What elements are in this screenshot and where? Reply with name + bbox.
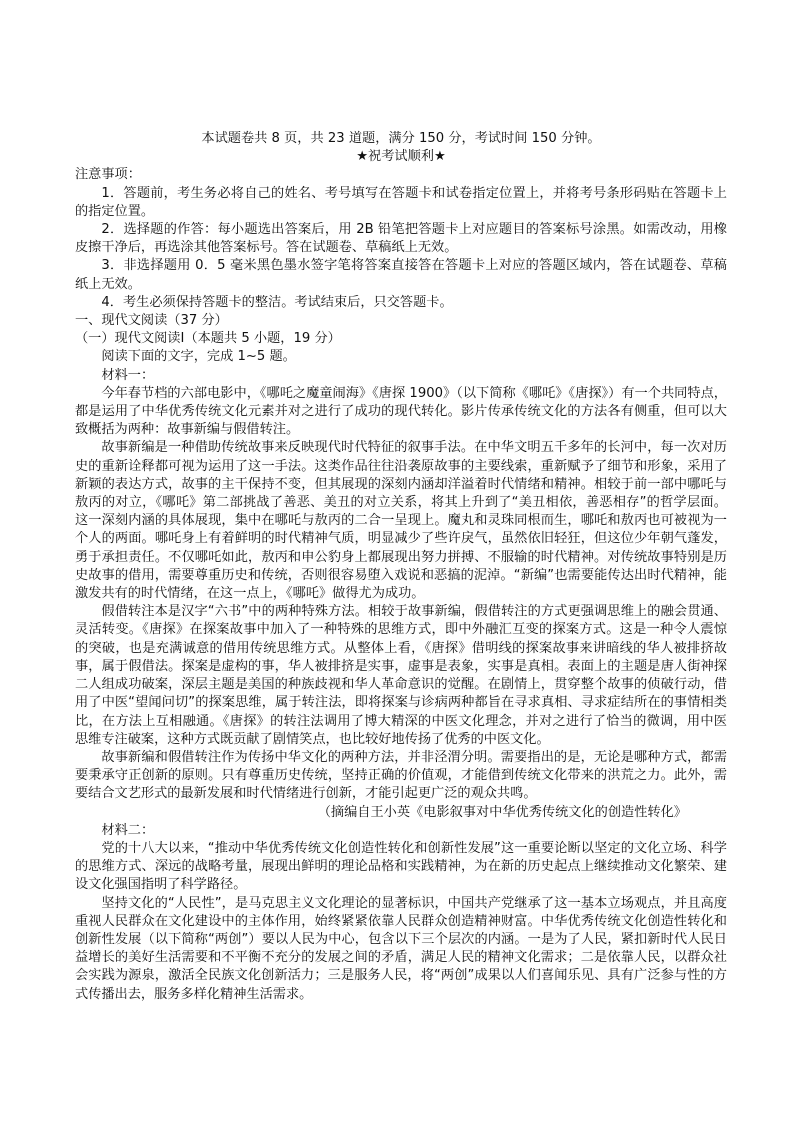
material1-paragraph: 今年春节档的六部电影中，《哪吒之魔童闹海》《唐探 1900》（以下简称《哪吒》《… bbox=[75, 385, 727, 440]
material1-paragraph: 故事新编是一种借助传统故事来反映现代时代特征的叙事手法。在中华文明五千多年的长河… bbox=[75, 439, 727, 603]
exam-info: 本试题卷共 8 页，共 23 道题，满分 150 分，考试时间 150 分钟。 bbox=[75, 130, 727, 148]
exam-page: 本试题卷共 8 页，共 23 道题，满分 150 分，考试时间 150 分钟。 … bbox=[75, 130, 727, 1004]
notice-item-4: 4．考生必须保持答题卡的整洁。考试结束后，只交答题卡。 bbox=[75, 294, 727, 312]
material2-label: 材料二： bbox=[75, 822, 727, 840]
section-subtitle: （一）现代文阅读Ⅰ（本题共 5 小题，19 分） bbox=[75, 330, 727, 348]
material2-paragraph: 坚持文化的“人民性”，是马克思主义文化理论的显著标识，中国共产党继承了这一基本立… bbox=[75, 895, 727, 1004]
material1-source: （摘编自王小英《电影叙事对中华优秀传统文化的创造性转化》 bbox=[75, 804, 727, 822]
material1-paragraph: 故事新编和假借转注作为传扬中华文化的两种方法，并非泾渭分明。需要指出的是，无论是… bbox=[75, 749, 727, 804]
notice-item-3: 3．非选择题用 0．5 毫米黑色墨水签字笔将答案直接答在答题卡上对应的答题区域内… bbox=[75, 257, 727, 293]
notice-item-1: 1．答题前，考生务必将自己的姓名、考号填写在答题卡和试卷指定位置上，并将考号条形… bbox=[75, 185, 727, 221]
material1-label: 材料一： bbox=[75, 367, 727, 385]
section-instruction: 阅读下面的文字，完成 1~5 题。 bbox=[75, 348, 727, 366]
material1-paragraph: 假借转注本是汉字“六书”中的两种特殊方法。相较于故事新编，假借转注的方式更强调思… bbox=[75, 603, 727, 749]
material2-paragraph: 党的十八大以来，“推动中华优秀传统文化创造性转化和创新性发展”这一重要论断以坚定… bbox=[75, 840, 727, 895]
notice-item-2: 2．选择题的作答：每小题选出答案后，用 2B 铅笔把答题卡上对应题目的答案标号涂… bbox=[75, 221, 727, 257]
exam-wish: ★祝考试顺利★ bbox=[75, 148, 727, 166]
section-title: 一、现代文阅读（37 分） bbox=[75, 312, 727, 330]
notice-title: 注意事项： bbox=[75, 166, 727, 184]
